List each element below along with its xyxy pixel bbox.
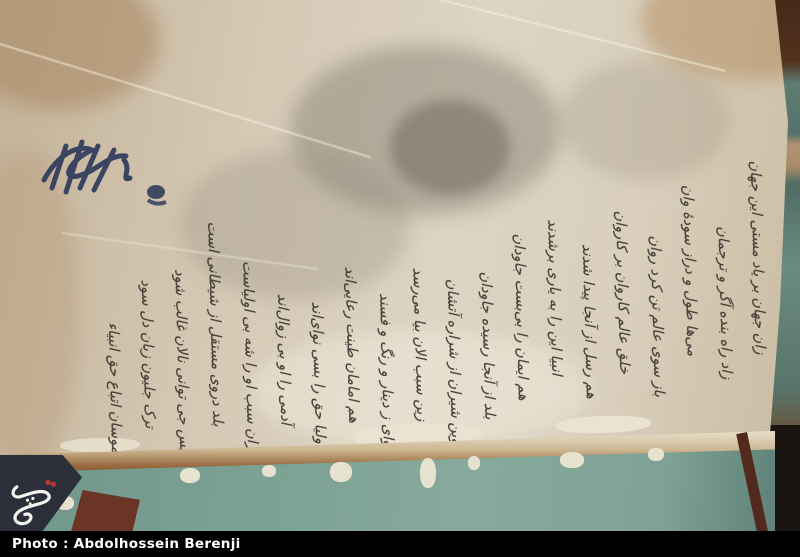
corner-foxing bbox=[0, 0, 160, 110]
manuscript-line: باز سوی عالم تن کرد روان bbox=[636, 173, 676, 404]
manuscript-line: موسان اتباع حق انبیاء bbox=[92, 187, 133, 460]
manuscript-line: انبیا این را به یاری برشدند bbox=[534, 175, 574, 406]
paint-drip bbox=[262, 465, 276, 477]
news-photo-of-manuscript: زان جهان بر یاد مستی این جهانزاد راه بند… bbox=[0, 0, 800, 557]
ink-scribble bbox=[36, 134, 178, 214]
paint-drip bbox=[560, 452, 584, 468]
manuscript-line: زان جهان بر یاد مستی این جهان bbox=[738, 170, 778, 385]
tasnim-watermark-logo bbox=[7, 472, 57, 532]
manuscript-line: خلق عالم کاروان بر کاروان bbox=[602, 174, 642, 405]
manuscript-line: هم رسل از آنجا پیدا شدند bbox=[568, 174, 608, 405]
manuscript-line: وین شیران از شراره آتشان bbox=[432, 178, 473, 451]
paint-drip bbox=[648, 448, 664, 461]
paper-smudge bbox=[560, 60, 730, 180]
manuscript-line: می‌ها طول و دراز سودهٔ وان bbox=[670, 172, 710, 387]
paint-drip bbox=[330, 462, 352, 482]
manuscript-line: زین سبب الان بیا می‌رسد bbox=[398, 179, 439, 452]
manuscript-line: بس جی توانی نالان غالب شود bbox=[160, 185, 201, 458]
photo-credit-bar: Photo : Abdolhossein Berenji bbox=[0, 531, 800, 557]
manuscript-line: بلد از آنجا رسیده جاودان bbox=[466, 177, 507, 450]
manuscript-text: زان جهان بر یاد مستی این جهانزاد راه بند… bbox=[72, 170, 779, 460]
manuscript-line: بلد دروی مستقل از شیطانی است bbox=[194, 184, 235, 457]
manuscript-line: هم ایمان را بی‌بست جاودان bbox=[500, 176, 540, 407]
manuscript-line: هم امامان طینت رعایی‌اند bbox=[330, 181, 371, 454]
manuscript-line: اولیا حق را بسی نوای‌اند bbox=[296, 182, 337, 455]
manuscript-line: زاد راه بنده آگر و ترجمان bbox=[704, 171, 744, 386]
manuscript-line: وای ز دینار و رنگ و فسند bbox=[364, 180, 405, 453]
paint-drip bbox=[420, 458, 436, 488]
paint-drip bbox=[468, 456, 480, 470]
manuscript-line: آدمی را او بی زوال‌اند bbox=[262, 182, 303, 455]
paint-drip bbox=[180, 468, 200, 483]
manuscript-line: ترک جلیون زبان دل سود bbox=[126, 186, 167, 459]
photo-credit-text: Photo : Abdolhossein Berenji bbox=[0, 536, 241, 552]
manuscript-line: زان سبب او را شه بی اولیاست bbox=[228, 183, 269, 456]
